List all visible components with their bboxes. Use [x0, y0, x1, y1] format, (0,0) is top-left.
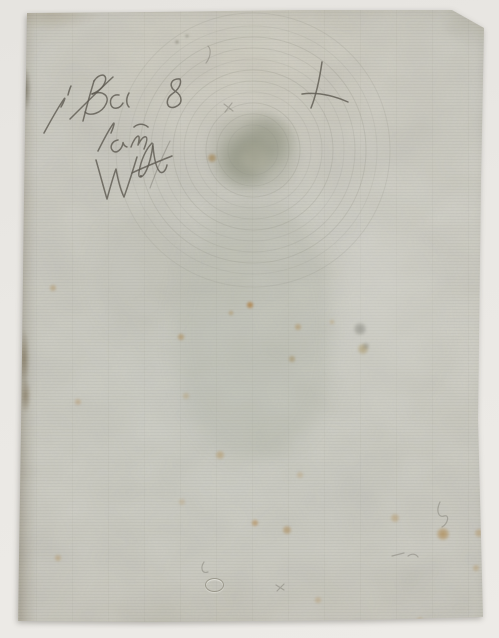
foxing-spot: [329, 319, 335, 325]
graphite-smudge: [185, 34, 189, 38]
graphite-smudge: [353, 322, 367, 336]
foxing-spots-layer: [0, 0, 499, 638]
graphite-smudge: [362, 342, 370, 350]
foxing-spot: [54, 554, 62, 562]
foxing-spot: [215, 450, 225, 460]
graphite-smudge: [175, 40, 179, 44]
foxing-spot: [246, 301, 254, 309]
foxing-spot: [390, 513, 400, 523]
foxing-spot: [436, 527, 450, 541]
foxing-spot: [182, 392, 190, 400]
foxing-spot: [207, 153, 217, 163]
blind-stamp: [205, 578, 224, 592]
photo-background: s'Bc lan 8 W.A x: [0, 0, 499, 638]
foxing-spot: [296, 471, 304, 479]
foxing-spot: [415, 617, 425, 627]
foxing-spot: [288, 355, 296, 363]
foxing-spot: [178, 498, 186, 506]
foxing-spot: [472, 564, 480, 572]
foxing-spot: [282, 525, 292, 535]
foxing-spot: [294, 323, 302, 331]
foxing-spot: [314, 596, 322, 604]
foxing-spot: [251, 519, 259, 527]
foxing-spot: [228, 310, 234, 316]
sheet-shadow: [0, 0, 499, 638]
foxing-spot: [74, 398, 82, 406]
print-verso-sheet: [0, 0, 499, 638]
foxing-spot: [177, 333, 185, 341]
foxing-spot: [474, 528, 484, 538]
foxing-spot: [49, 284, 57, 292]
